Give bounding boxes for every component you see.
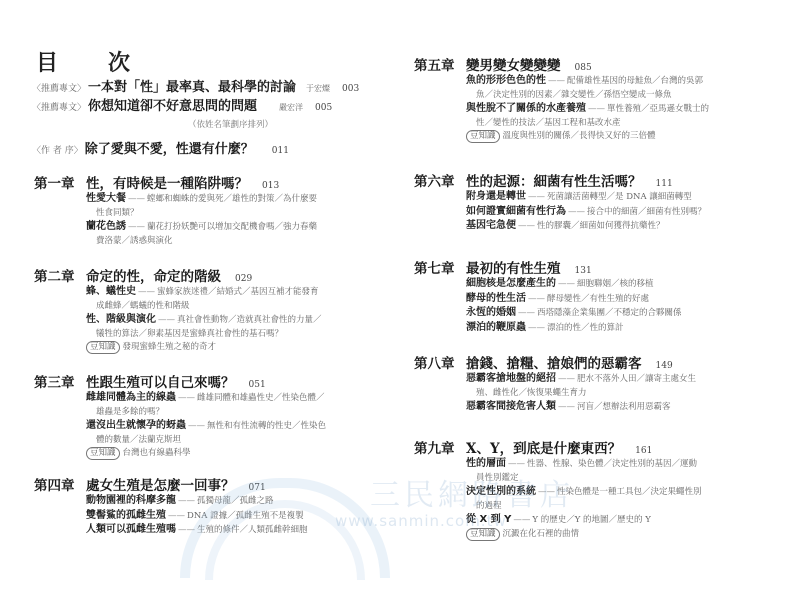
section: 永恆的婚姻——西塔隱藻企業集團／不穩定的合夥關係: [466, 306, 776, 321]
section-name: 漂泊的鞭原蟲: [466, 322, 526, 333]
preface-3: 〈作 者 序〉 除了愛與不愛，性還有什麼？ 011: [32, 138, 289, 157]
section: 與性脫不了關係的水產養殖——單性養殖／亞馬遜女戰士的 性／變性的技法／基因工程和…: [466, 102, 776, 130]
preface-page: 011: [272, 146, 289, 156]
chapter-title[interactable]: 性，有時候是一種陷阱嗎？: [86, 172, 248, 192]
section-desc: 西塔隱藻企業集團／不穩定的合夥關係: [537, 308, 682, 318]
preface-2: 〈推薦專文〉 你想知道卻不好意思問的問題 嚴宏洋 005: [32, 95, 332, 114]
section-name: 雙髻鯊的孤雌生殖: [86, 510, 166, 521]
watermark-url: www.sanmin.com.tw: [335, 512, 507, 530]
chapter-page: 111: [656, 179, 673, 189]
section-desc-cont: 殖、雌性化／恢復果蠅生育力: [466, 387, 776, 401]
section-desc: 河盲／想辦法利用惡霸客: [577, 402, 671, 412]
section: 附身還是轉世——死菌讓活菌轉型／是 DNA 讓細菌轉型: [466, 190, 776, 205]
trivia: 豆知識溫度與性別的關係／長得快又好的三倍體: [466, 130, 776, 144]
chapter-5: 第五章 變男變女變變變 085 魚的形形色色的性——配備雄性基因的母鮭魚／台灣的…: [414, 54, 776, 144]
section-desc-cont: 犧牲的算法／卵素基因是蜜蜂真社會性的基石嗎？: [86, 328, 376, 342]
section: 性、階級與演化——真社會性動物／造就真社會性的力量／ 犧牲的算法／卵素基因是蜜蜂…: [86, 313, 376, 341]
chapter-3: 第三章 性跟生殖可以自己來嗎？ 051 雌雄同體為主的線蟲——雌雄同體和雄蟲性史…: [34, 371, 376, 461]
chapter-number: 第四章: [34, 474, 86, 494]
chapter-number: 第一章: [34, 172, 86, 192]
section-desc: 真社會性動物／造就真社會性的力量／: [177, 315, 322, 325]
section-name: 蜂、蟻性史: [86, 286, 136, 297]
chapter-number: 第六章: [414, 170, 466, 190]
trivia-badge: 豆知識: [86, 447, 120, 460]
chapter-page: 149: [656, 361, 673, 371]
section: 蜂、蟻性史——蜜蜂家族迷禮／結婚式／基因互補才能發育 成雌蜂／螞蟻的性和階級: [86, 285, 376, 313]
section-desc: 肥水不落外人田／讓寄主處女生: [577, 374, 696, 384]
chapter-number: 第八章: [414, 352, 466, 372]
section-name: 還沒出生就懷孕的蚜蟲: [86, 420, 186, 431]
section-name: 如何證實細菌有性行為: [466, 206, 566, 217]
chapter-title[interactable]: 變男變女變變變: [466, 54, 561, 74]
section-name: 細胞核是怎麼產生的: [466, 278, 556, 289]
section: 性愛大餐——螳螂和蜘蛛的愛與死／雄性的對策／為什麼要 性食同類？: [86, 192, 376, 220]
trivia-badge: 豆知識: [466, 130, 500, 143]
chapter-2: 第二章 命定的性，命定的階級 029 蜂、蟻性史——蜜蜂家族迷禮／結婚式／基因互…: [34, 265, 376, 355]
trivia: 豆知識台灣也有線蟲科學: [86, 447, 376, 461]
preface-tag: 〈作 者 序〉: [32, 143, 83, 156]
section-desc: 蜜蜂家族迷禮／結婚式／基因互補才能發育: [157, 287, 319, 297]
trivia-text: 發現蜜蜂生殖之秘的奇才: [123, 342, 217, 352]
section-name: 酵母的性生活: [466, 293, 526, 304]
section-name: 與性脫不了關係的水產養殖: [466, 103, 586, 114]
preface-author: 于宏燦: [306, 83, 330, 94]
chapter-number: 第七章: [414, 257, 466, 277]
chapter-6: 第六章 性的起源：細菌有性生活嗎？ 111 附身還是轉世——死菌讓活菌轉型／是 …: [414, 170, 776, 234]
chapter-page: 013: [262, 181, 279, 191]
section: 如何證實細菌有性行為——接合中的細菌／細菌有性別嗎？: [466, 205, 776, 220]
preface-title: 一本對「性」最率真、最科學的討論: [88, 76, 296, 95]
watermark-text: 三民網路書店: [370, 470, 574, 514]
section: 酵母的性生活——酵母變性／有性生殖的好處: [466, 292, 776, 307]
section-desc: 螳螂和蜘蛛的愛與死／雄性的對策／為什麼要: [147, 194, 317, 204]
preface-tag: 〈推薦專文〉: [32, 100, 86, 113]
section: 惡霸客搶地盤的絕招——肥水不落外人田／讓寄主處女生 殖、雌性化／恢復果蠅生育力: [466, 372, 776, 400]
chapter-number: 第三章: [34, 371, 86, 391]
section-desc: 性染色體是一種工具包／決定果蠅性別: [557, 487, 702, 497]
section-desc-cont: 魚／決定性別的因素／雜交變性／孫悟空變成一條魚: [466, 89, 776, 103]
section-desc-cont: 費洛蒙／誘惑與演化: [86, 235, 376, 249]
chapter-7: 第七章 最初的有性生殖 131 細胞核是怎麼產生的——細胞聯姻／核的移植 酵母的…: [414, 257, 776, 335]
trivia: 豆知識沉澱在化石裡的曲情: [466, 528, 776, 542]
chapter-title[interactable]: 最初的有性生殖: [466, 257, 561, 277]
trivia-text: 溫度與性別的關係／長得快又好的三倍體: [503, 131, 656, 141]
chapter-page: 029: [235, 274, 252, 284]
section-name: 性愛大餐: [86, 193, 126, 204]
section-desc: 性器、性腺、染色體／決定性別的基因／運動: [527, 459, 697, 469]
section-desc: 雌雄同體和雄蟲性史／性染色體／: [197, 393, 325, 403]
section: 蘭花色誘——蘭花打扮妖艷可以增加交配機會嗎／強力春藥 費洛蒙／誘惑與演化: [86, 220, 376, 248]
section-desc: 性的膠囊／細菌如何獲得抗藥性？: [537, 221, 665, 231]
section-desc: 酵母變性／有性生殖的好處: [547, 294, 649, 304]
trivia: 豆知識發現蜜蜂生殖之秘的奇才: [86, 341, 376, 355]
section: 還沒出生就懷孕的蚜蟲——無性和有性流轉的性史／性染色 體的數量／法蘭克斯坦: [86, 419, 376, 447]
section-name: 附身還是轉世: [466, 191, 526, 202]
section-name: 蘭花色誘: [86, 221, 126, 232]
section: 惡霸客間接危害人類——河盲／想辦法利用惡霸客: [466, 400, 776, 415]
section-desc: 細胞聯姻／核的移植: [577, 279, 654, 289]
section: 漂泊的鞭原蟲——漂泊的性／性的算計: [466, 321, 776, 336]
section-name: 性、階級與演化: [86, 314, 156, 325]
section-name: 動物園裡的科摩多龍: [86, 495, 176, 506]
preface-title: 除了愛與不愛，性還有什麼？: [85, 138, 254, 157]
section: 從 X 到 Y——Y 的歷史／Y 的地圖／歷史的 Y: [466, 513, 776, 528]
section-desc: Y 的歷史／Y 的地圖／歷史的 Y: [532, 515, 650, 525]
toc-title: 目 次: [36, 46, 144, 77]
chapter-page: 085: [575, 63, 592, 73]
section: 魚的形形色色的性——配備雄性基因的母鮭魚／台灣的吳郭 魚／決定性別的因素／雜交變…: [466, 74, 776, 102]
section-name: 雌雄同體為主的線蟲: [86, 392, 176, 403]
section-desc-cont: 性／變性的技法／基因工程和基改水產: [466, 117, 776, 131]
ordering-note: （依姓名筆劃序排列）: [188, 118, 273, 130]
section-desc: 接合中的細菌／細菌有性別嗎？: [587, 207, 706, 217]
chapter-1: 第一章 性，有時候是一種陷阱嗎？ 013 性愛大餐——螳螂和蜘蛛的愛與死／雄性的…: [34, 172, 376, 248]
section-desc: 無性和有性流轉的性史／性染色: [207, 421, 326, 431]
trivia-badge: 豆知識: [86, 341, 120, 354]
preface-1: 〈推薦專文〉 一本對「性」最率真、最科學的討論 于宏燦 003: [32, 76, 359, 95]
chapter-title[interactable]: 命定的性，命定的階級: [86, 265, 221, 285]
chapter-title[interactable]: 性跟生殖可以自己來嗎？: [86, 371, 235, 391]
trivia-text: 沉澱在化石裡的曲情: [503, 529, 580, 539]
chapter-page: 161: [635, 446, 652, 456]
preface-page: 005: [315, 103, 332, 113]
preface-author: 嚴宏洋: [279, 102, 303, 113]
chapter-page: 051: [249, 380, 266, 390]
section-name: 基因宅急便: [466, 220, 516, 231]
chapter-number: 第五章: [414, 54, 466, 74]
section: 基因宅急便——性的膠囊／細菌如何獲得抗藥性？: [466, 219, 776, 234]
chapter-title[interactable]: 搶錢、搶糧、搶娘們的惡霸客: [466, 352, 642, 372]
section-name: 性的層面: [466, 458, 506, 469]
chapter-number: 第九章: [414, 437, 466, 457]
section-desc: 蘭花打扮妖艷可以增加交配機會嗎／強力春藥: [147, 222, 317, 232]
chapter-page: 131: [575, 266, 592, 276]
chapter-number: 第二章: [34, 265, 86, 285]
section-desc-cont: 性食同類？: [86, 207, 376, 221]
section-desc-cont: 體的數量／法蘭克斯坦: [86, 434, 376, 448]
chapter-title[interactable]: 性的起源：細菌有性生活嗎？: [466, 170, 642, 190]
section-name: 人類可以孤雌生殖嗎: [86, 524, 176, 535]
section-name: 魚的形形色色的性: [466, 75, 546, 86]
preface-page: 003: [342, 84, 359, 94]
section-desc-cont: 成雌蜂／螞蟻的性和階級: [86, 300, 376, 314]
chapter-title[interactable]: X、Y，到底是什麼東西？: [466, 437, 621, 457]
preface-title: 你想知道卻不好意思問的問題: [88, 95, 257, 114]
section-desc: 單性養殖／亞馬遜女戰士的: [607, 104, 709, 114]
preface-tag: 〈推薦專文〉: [32, 81, 86, 94]
section-desc: 配備雄性基因的母鮭魚／台灣的吳郭: [567, 76, 703, 86]
chapter-title[interactable]: 處女生殖是怎麼一回事？: [86, 474, 235, 494]
section-name: 惡霸客搶地盤的絕招: [466, 373, 556, 384]
section-desc: 死菌讓活菌轉型／是 DNA 讓細菌轉型: [547, 192, 692, 202]
section-desc: 漂泊的性／性的算計: [547, 323, 624, 333]
trivia-text: 台灣也有線蟲科學: [123, 448, 191, 458]
section-name: 永恆的婚姻: [466, 307, 516, 318]
section-desc-cont: 雄蟲是多餘的嗎？: [86, 406, 376, 420]
section-name: 惡霸客間接危害人類: [466, 401, 556, 412]
section: 細胞核是怎麼產生的——細胞聯姻／核的移植: [466, 277, 776, 292]
section: 雌雄同體為主的線蟲——雌雄同體和雄蟲性史／性染色體／ 雄蟲是多餘的嗎？: [86, 391, 376, 419]
chapter-8: 第八章 搶錢、搶糧、搶娘們的惡霸客 149 惡霸客搶地盤的絕招——肥水不落外人田…: [414, 352, 776, 415]
